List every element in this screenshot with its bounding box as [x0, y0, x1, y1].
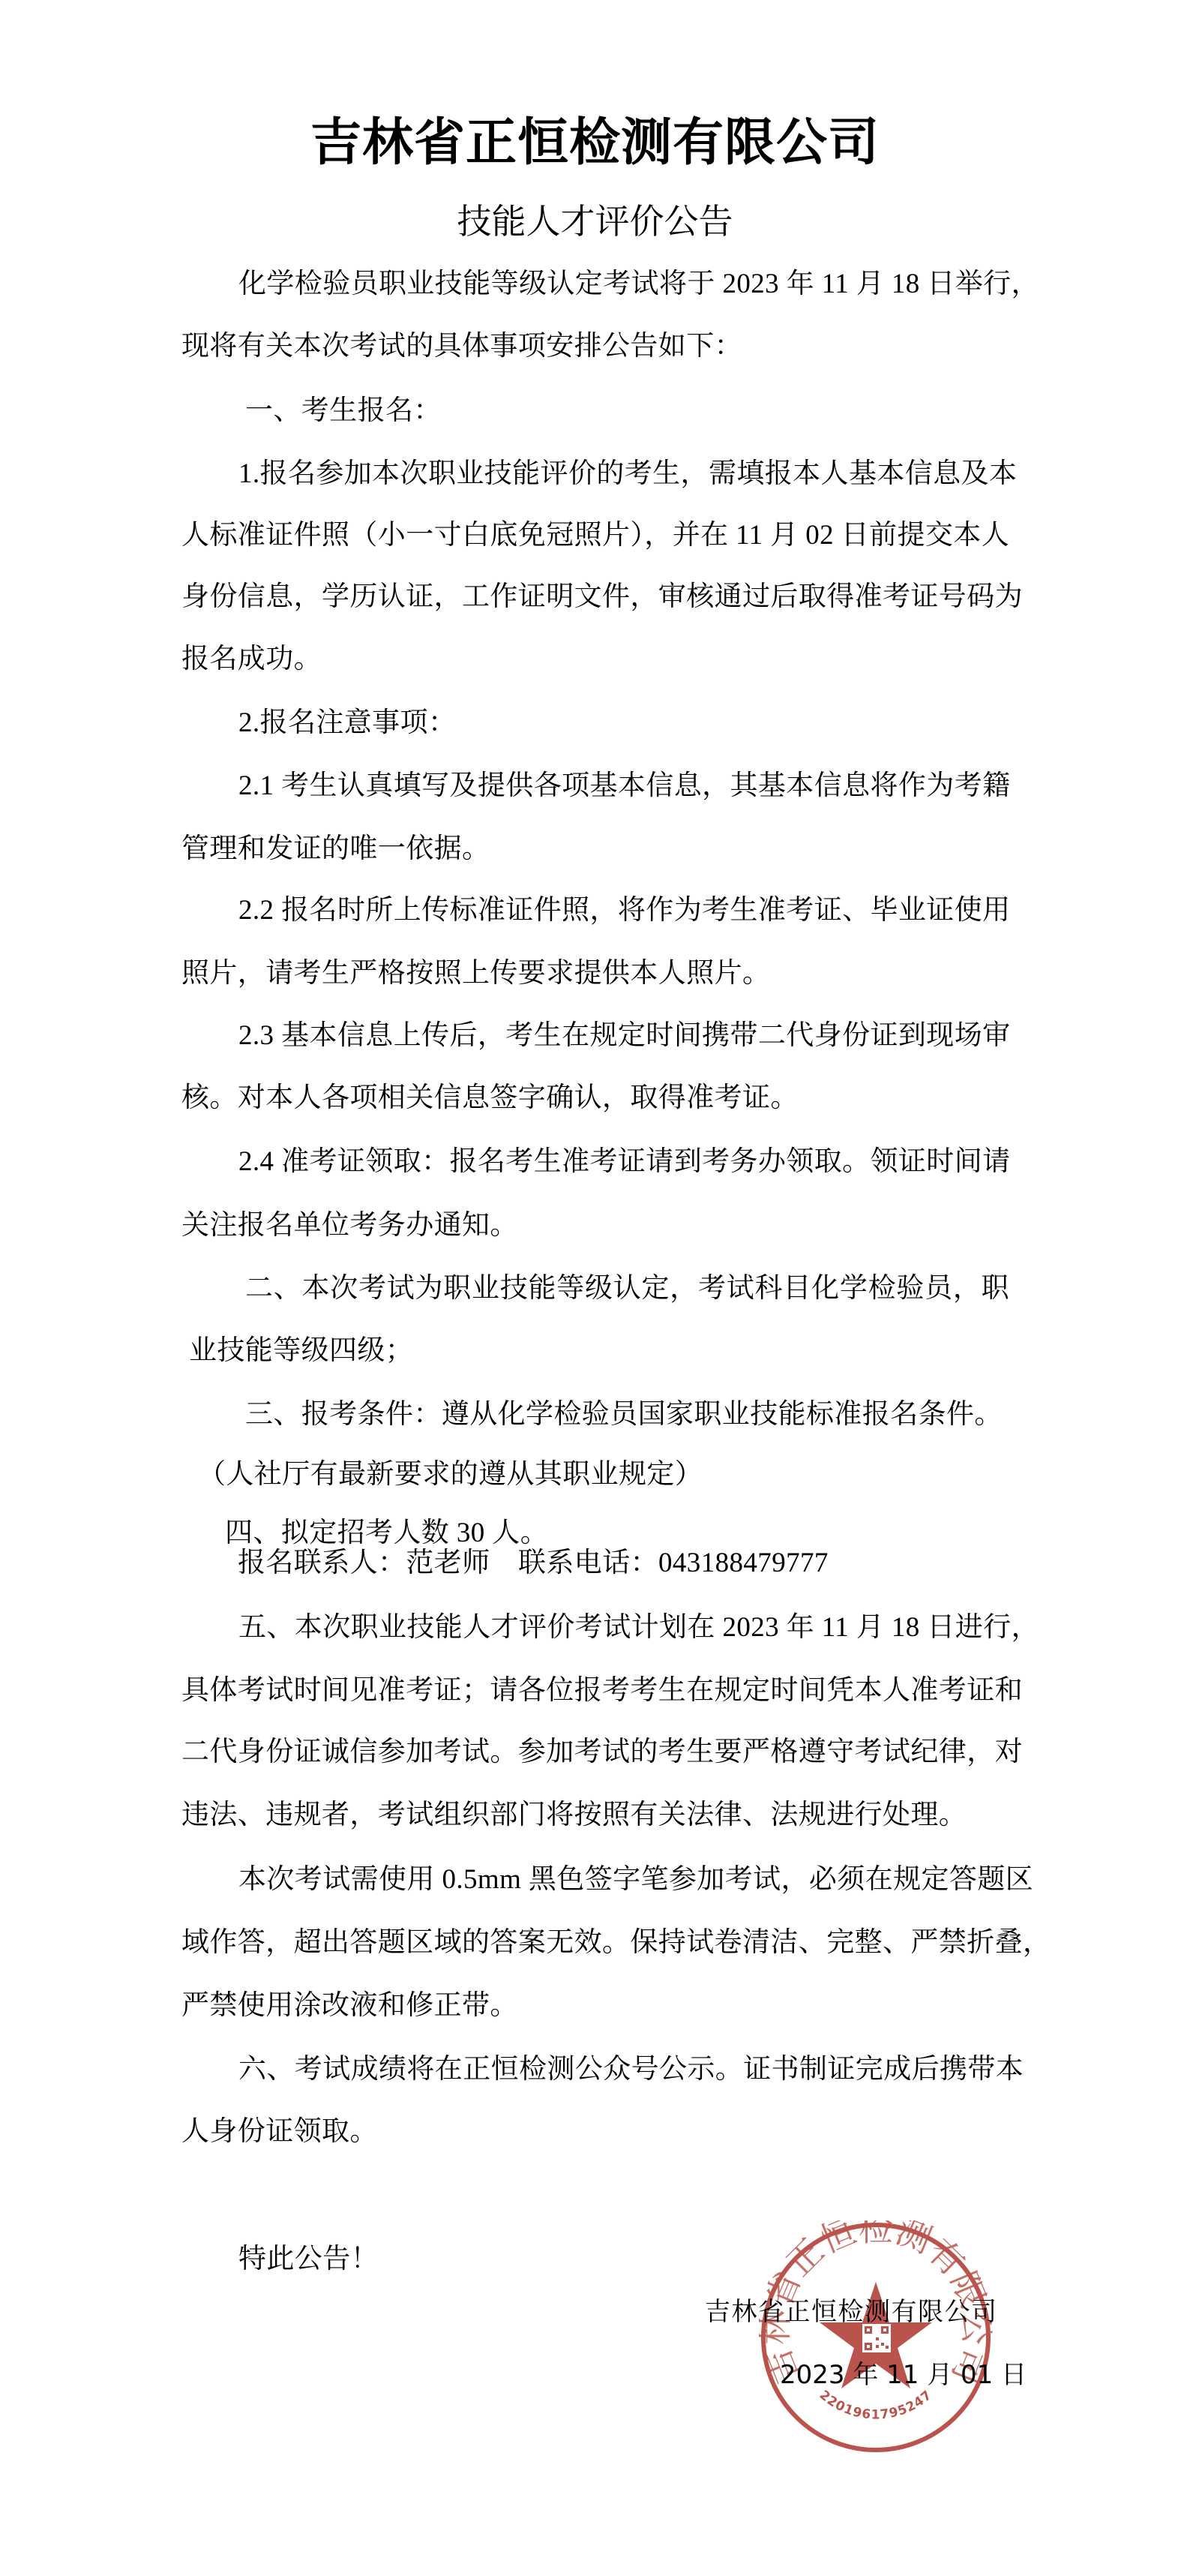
body-line: 域作答，超出答题区域的答案无效。保持试卷清洁、完整、严禁折叠，: [181, 1925, 1009, 1961]
notice-subtitle: 技能人才评价公告: [0, 201, 1190, 243]
body-line: 二代身份证诚信参加考试。参加考试的考生要严格遵守考试纪律，对: [181, 1734, 1009, 1770]
body-line: 五、本次职业技能人才评价考试计划在 2023 年 11 月 18 日进行，: [238, 1610, 1009, 1646]
body-line: 一、考生报名：: [245, 393, 1009, 429]
signature-date: 2023 年 11 月 01 日: [780, 2358, 1027, 2391]
body-line: 化学检验员职业技能等级认定考试将于 2023 年 11 月 18 日举行，: [238, 266, 1009, 302]
body-line: 违法、违规者，考试组织部门将按照有关法律、法规进行处理。: [181, 1797, 1009, 1833]
body-line: 2.1 考生认真填写及提供各项基本信息，其基本信息将作为考籍: [238, 768, 1009, 804]
body-line: 身份信息，学历认证，工作证明文件，审核通过后取得准考证号码为: [181, 579, 1009, 615]
body-line: （人社厅有最新要求的遵从其职业规定）: [198, 1457, 1009, 1493]
body-line: 2.3 基本信息上传后，考生在规定时间携带二代身份证到现场审: [238, 1018, 1009, 1054]
body-line: 本次考试需使用 0.5mm 黑色签字笔参加考试，必须在规定答题区: [238, 1862, 1009, 1898]
company-seal-icon: 吉林省正恒检测有限公司 2201961795247: [759, 2220, 993, 2454]
body-line: 关注报名单位考务办通知。: [181, 1208, 1009, 1244]
body-line: 六、考试成绩将在正恒检测公众号公示。证书制证完成后携带本: [238, 2052, 1009, 2088]
body-line: 报名成功。: [181, 641, 1009, 677]
body-line: 报名联系人：范老师 联系电话：043188479777: [238, 1545, 1009, 1581]
body-line: 人标准证件照（小一寸白底免冠照片），并在 11 月 02 日前提交本人: [181, 518, 1009, 554]
document-page: 吉林省正恒检测有限公司 技能人才评价公告 化学检验员职业技能等级认定考试将于 2…: [0, 0, 1190, 2576]
body-line: 2.4 准考证领取：报名考生准考证请到考务办领取。领证时间请: [238, 1144, 1009, 1180]
body-line: 2.2 报名时所上传标准证件照，将作为考生准考证、毕业证使用: [238, 893, 1009, 929]
body-line: 照片，请考生严格按照上传要求提供本人照片。: [181, 956, 1009, 992]
body-line: 管理和发证的唯一依据。: [181, 831, 1009, 867]
body-line: 严禁使用涂改液和修正带。: [181, 1988, 1009, 2024]
body-line: 2.报名注意事项：: [238, 705, 1009, 741]
body-line: 现将有关本次考试的具体事项安排公告如下：: [181, 329, 1009, 365]
company-title: 吉林省正恒检测有限公司: [0, 113, 1190, 173]
body-line: 具体考试时间见准考证；请各位报考考生在规定时间凭本人准考证和: [181, 1673, 1009, 1709]
body-line: 人身份证领取。: [181, 2114, 1009, 2150]
body-line: 三、报考条件：遵从化学检验员国家职业技能标准报名条件。: [245, 1397, 1009, 1433]
signature-company: 吉林省正恒检测有限公司: [705, 2295, 998, 2328]
body-line: 核。对本人各项相关信息签字确认，取得准考证。: [181, 1080, 1009, 1116]
svg-text:2201961795247: 2201961795247: [817, 2388, 935, 2423]
body-line: 1.报名参加本次职业技能评价的考生，需填报本人基本信息及本: [238, 456, 1009, 492]
body-line: 业技能等级四级；: [189, 1333, 1009, 1369]
body-line: 二、本次考试为职业技能等级认定，考试科目化学检验员，职: [245, 1271, 1009, 1307]
